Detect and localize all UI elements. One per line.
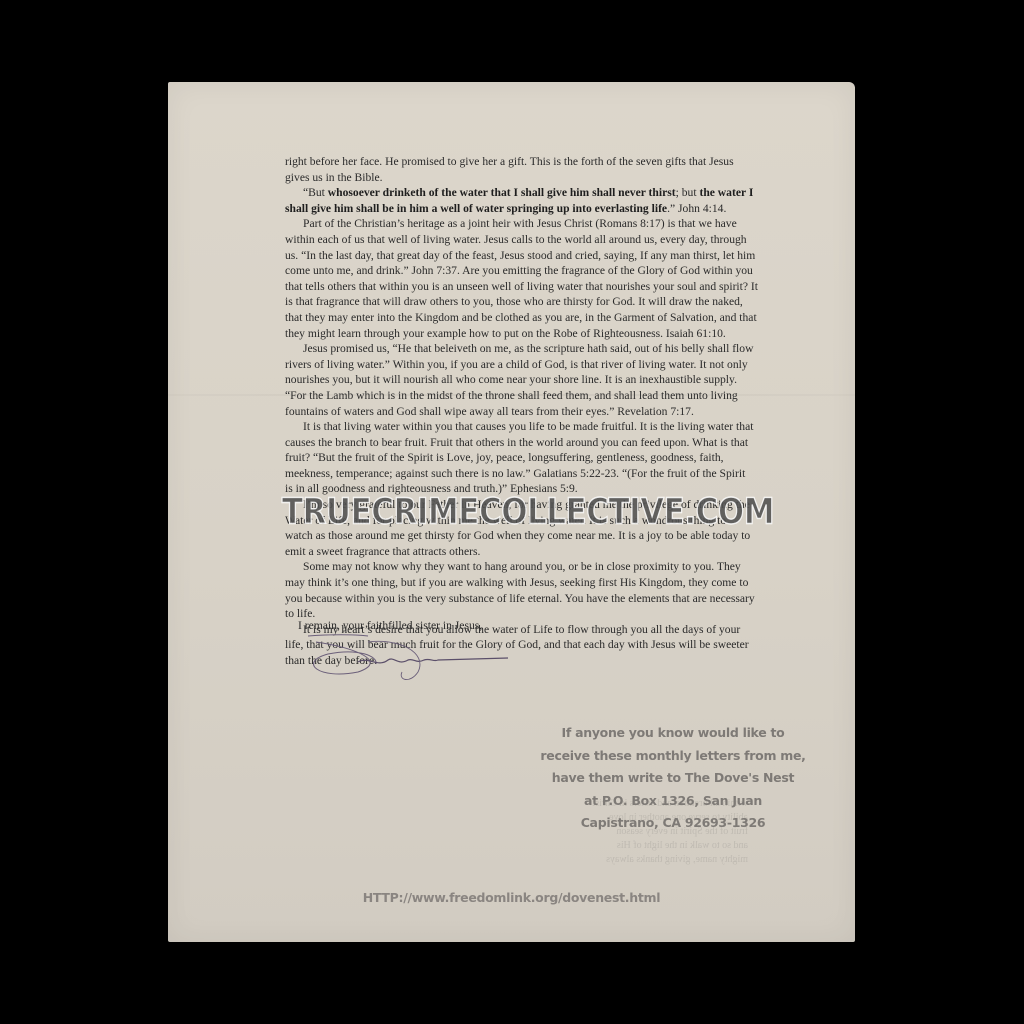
text-run: ; but bbox=[676, 186, 700, 199]
notice-line: Capistrano, CA 92693-1326 bbox=[523, 812, 823, 835]
text-run: emit a sweet fragrance that attracts oth… bbox=[285, 545, 480, 558]
paragraph: Jesus promised us, “He that beleiveth on… bbox=[285, 341, 775, 419]
text-line: Part of the Christian’s heritage as a jo… bbox=[285, 216, 775, 232]
text-line: emit a sweet fragrance that attracts oth… bbox=[285, 544, 775, 560]
text-line: that tells others that within you is an … bbox=[285, 279, 775, 295]
text-run: fountains of waters and God shall wipe a… bbox=[285, 405, 694, 418]
text-line: nourishes you, but it will nourish all w… bbox=[285, 372, 775, 388]
text-run: within each of us that well of living wa… bbox=[285, 233, 747, 246]
text-line: Some may not know why they want to hang … bbox=[285, 559, 775, 575]
bleed-through-line: and so to walk in the light of His bbox=[528, 839, 748, 853]
notice-line: receive these monthly letters from me, bbox=[523, 745, 823, 768]
text-line: “But whosoever drinketh of the water tha… bbox=[285, 185, 775, 201]
signature-icon bbox=[298, 632, 538, 682]
text-run: gives us in the Bible. bbox=[285, 171, 383, 184]
text-line: fruit? “But the fruit of the Spirit is L… bbox=[285, 450, 775, 466]
text-run: It is that living water within you that … bbox=[303, 420, 753, 433]
scripture-quote-bold: the water I bbox=[699, 186, 753, 199]
text-run: they might learn through your example ho… bbox=[285, 327, 726, 340]
text-run: come unto me, and drink.” John 7:37. Are… bbox=[285, 264, 753, 277]
notice-line: have them write to The Dove's Nest bbox=[523, 767, 823, 790]
text-line: come unto me, and drink.” John 7:37. Are… bbox=[285, 263, 775, 279]
text-line: Jesus promised us, “He that beleiveth on… bbox=[285, 341, 775, 357]
scripture-quote-bold: whosoever drinketh of the water that I s… bbox=[328, 186, 676, 199]
scripture-quote-bold: shall give him shall be in him a well of… bbox=[285, 202, 667, 215]
text-run: causes the branch to bear fruit. Fruit t… bbox=[285, 436, 748, 449]
paragraph: “But whosoever drinketh of the water tha… bbox=[285, 185, 775, 216]
bleed-through-line: mighty name, giving thanks always bbox=[528, 853, 748, 867]
paragraph: Some may not know why they want to hang … bbox=[285, 559, 775, 621]
text-line: right before her face. He promised to gi… bbox=[285, 154, 775, 170]
paragraph: It is that living water within you that … bbox=[285, 419, 775, 497]
text-run: may think it’s one thing, but if you are… bbox=[285, 576, 748, 589]
text-line: rivers of living water.” Within you, if … bbox=[285, 357, 775, 373]
text-run: Jesus promised us, “He that beleiveth on… bbox=[303, 342, 753, 355]
subscription-notice: If anyone you know would like toreceive … bbox=[523, 722, 823, 835]
text-run: “But bbox=[303, 186, 328, 199]
notice-line: If anyone you know would like to bbox=[523, 722, 823, 745]
text-run: you because within you is the very subst… bbox=[285, 592, 755, 605]
closing-line: I remain, your faithfilled sister in Jes… bbox=[298, 619, 482, 632]
text-line: meekness, temperance; against such there… bbox=[285, 466, 775, 482]
watermark-text: TRUECRIMECOLLECTIVE.COM bbox=[268, 491, 788, 532]
text-run: that tells others that within you is an … bbox=[285, 280, 758, 293]
text-line: gives us in the Bible. bbox=[285, 170, 775, 186]
text-run: that they may enter into the Kingdom and… bbox=[285, 311, 757, 324]
text-line: causes the branch to bear fruit. Fruit t… bbox=[285, 435, 775, 451]
text-run: right before her face. He promised to gi… bbox=[285, 155, 734, 168]
text-line: may think it’s one thing, but if you are… bbox=[285, 575, 775, 591]
text-line: that they may enter into the Kingdom and… bbox=[285, 310, 775, 326]
text-line: you because within you is the very subst… bbox=[285, 591, 775, 607]
text-run: “For the Lamb which is in the midst of t… bbox=[285, 389, 738, 402]
paragraph: right before her face. He promised to gi… bbox=[285, 154, 775, 185]
text-line: shall give him shall be in him a well of… bbox=[285, 201, 775, 217]
text-run: Some may not know why they want to hang … bbox=[303, 560, 741, 573]
text-run: fruit? “But the fruit of the Spirit is L… bbox=[285, 451, 724, 464]
text-line: is that fragrance that will draw others … bbox=[285, 294, 775, 310]
text-line: fountains of waters and God shall wipe a… bbox=[285, 404, 775, 420]
text-line: “For the Lamb which is in the midst of t… bbox=[285, 388, 775, 404]
paragraph: Part of the Christian’s heritage as a jo… bbox=[285, 216, 775, 341]
text-run: .” John 4:14. bbox=[667, 202, 726, 215]
text-line: us. “In the last day, that great day of … bbox=[285, 248, 775, 264]
text-run: is that fragrance that will draw others … bbox=[285, 295, 743, 308]
text-run: rivers of living water.” Within you, if … bbox=[285, 358, 748, 371]
text-run: us. “In the last day, that great day of … bbox=[285, 249, 755, 262]
text-line: It is that living water within you that … bbox=[285, 419, 775, 435]
text-line: they might learn through your example ho… bbox=[285, 326, 775, 342]
letter-page: right before her face. He promised to gi… bbox=[168, 82, 855, 942]
text-run: nourishes you, but it will nourish all w… bbox=[285, 373, 737, 386]
website-url[interactable]: HTTP://www.freedomlink.org/dovenest.html bbox=[168, 890, 855, 905]
text-run: meekness, temperance; against such there… bbox=[285, 467, 745, 480]
letter-body: right before her face. He promised to gi… bbox=[285, 154, 775, 669]
notice-line: at P.O. Box 1326, San Juan bbox=[523, 790, 823, 813]
text-line: within each of us that well of living wa… bbox=[285, 232, 775, 248]
text-run: Part of the Christian’s heritage as a jo… bbox=[303, 217, 737, 230]
